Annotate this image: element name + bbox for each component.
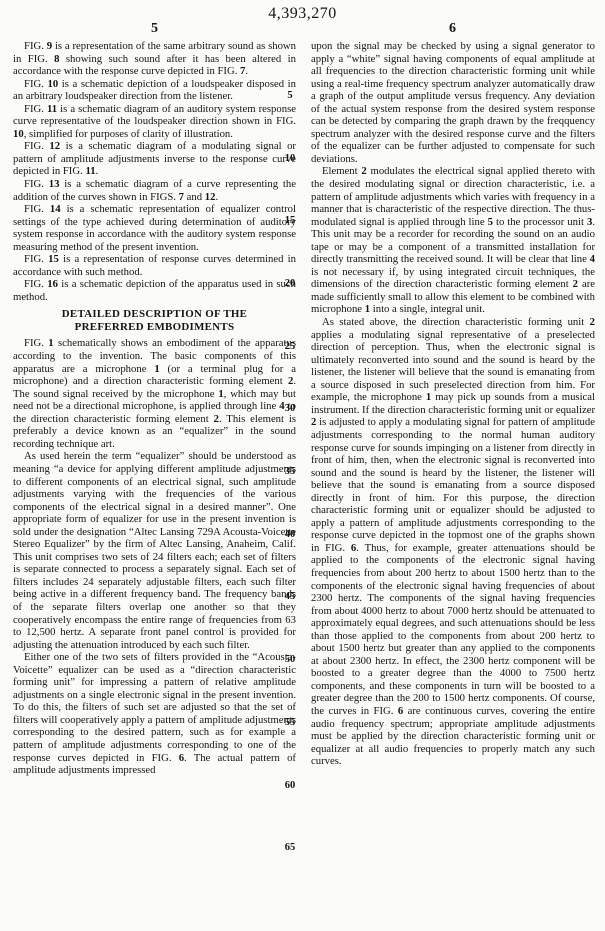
paragraph-element2-modulates: Element 2 modulates the electrical signa… xyxy=(311,165,595,316)
reference-numeral: 6 xyxy=(398,705,403,717)
paragraph-equalizer-definition: As used herein the term “equalizer” shou… xyxy=(13,450,296,651)
reference-numeral: 16 xyxy=(47,278,58,290)
section-heading: DETAILED DESCRIPTION OF THE PREFERRED EM… xyxy=(13,308,296,334)
reference-numeral: 6 xyxy=(351,542,356,554)
reference-numeral: 12 xyxy=(49,140,60,152)
line-number: 20 xyxy=(278,278,302,290)
reference-numeral: 1 xyxy=(154,363,159,375)
paragraph-filter-sets: Either one of the two sets of filters pr… xyxy=(13,651,296,776)
reference-numeral: 13 xyxy=(49,178,60,190)
paragraph-fig9: FIG. 9 is a representation of the same a… xyxy=(13,40,296,78)
reference-numeral: 5 xyxy=(488,216,493,228)
reference-numeral: 8 xyxy=(54,53,59,65)
reference-numeral: 4 xyxy=(590,253,595,265)
line-number: 40 xyxy=(278,529,302,541)
paragraph-fig11: FIG. 11 is a schematic diagram of an aud… xyxy=(13,103,296,141)
reference-numeral: 9 xyxy=(47,40,52,52)
reference-numeral: 1 xyxy=(426,391,431,403)
line-number: 55 xyxy=(278,717,302,729)
line-number: 10 xyxy=(278,153,302,165)
right-text-column: upon the signal may be checked by using … xyxy=(311,40,595,768)
paragraph-fig10: FIG. 10 is a schematic depiction of a lo… xyxy=(13,78,296,103)
reference-numeral: 2 xyxy=(590,316,595,328)
reference-numeral: 6 xyxy=(179,752,184,764)
reference-numeral: 2 xyxy=(214,413,219,425)
line-number: 35 xyxy=(278,466,302,478)
reference-numeral: 2 xyxy=(288,375,293,387)
document-body: { "header": { "patent_number": "4,393,27… xyxy=(0,0,605,931)
reference-numeral: 10 xyxy=(48,78,59,90)
line-number: 45 xyxy=(278,591,302,603)
line-number: 60 xyxy=(278,780,302,792)
paragraph-fig12: FIG. 12 is a schematic diagram of a modu… xyxy=(13,140,296,178)
left-text-column: FIG. 9 is a representation of the same a… xyxy=(13,40,296,777)
line-number: 15 xyxy=(278,215,302,227)
column-page-number-left: 5 xyxy=(13,21,296,37)
line-number: 50 xyxy=(278,654,302,666)
patent-page: 4,393,270 5 6 FIG. 9 is a representation… xyxy=(0,0,605,931)
paragraph-fig16: FIG. 16 is a schematic depiction of the … xyxy=(13,278,296,303)
line-number: 5 xyxy=(278,90,302,102)
paragraph-direction-perception: As stated above, the direction character… xyxy=(311,316,595,768)
line-number: 65 xyxy=(278,842,302,854)
paragraph-fig14: FIG. 14 is a schematic representation of… xyxy=(13,203,296,253)
column-page-number-right: 6 xyxy=(311,21,594,37)
reference-numeral: 3 xyxy=(587,216,592,228)
reference-numeral: 7 xyxy=(240,65,245,77)
reference-numeral: 15 xyxy=(48,253,59,265)
paragraph-fig15: FIG. 15 is a representation of response … xyxy=(13,253,296,278)
line-number: 25 xyxy=(278,341,302,353)
line-number: 30 xyxy=(278,403,302,415)
reference-numeral: 14 xyxy=(50,203,61,215)
reference-numeral: 11 xyxy=(47,103,57,115)
reference-numeral: 1 xyxy=(48,337,53,349)
reference-numeral: 7 xyxy=(179,191,184,203)
reference-numeral: 2 xyxy=(573,278,578,290)
reference-numeral: 10 xyxy=(13,128,24,140)
section-heading-line1: DETAILED DESCRIPTION OF THE xyxy=(62,308,248,320)
paragraph-signal-check: upon the signal may be checked by using … xyxy=(311,40,595,165)
reference-numeral: 12 xyxy=(205,191,216,203)
reference-numeral: 1 xyxy=(218,388,223,400)
paragraph-fig1-apparatus: FIG. 1 schematically shows an embodiment… xyxy=(13,337,296,450)
reference-numeral: 1 xyxy=(365,303,370,315)
paragraph-fig13: FIG. 13 is a schematic diagram of a curv… xyxy=(13,178,296,203)
reference-numeral: 11 xyxy=(85,165,95,177)
section-heading-line2: PREFERRED EMBODIMENTS xyxy=(75,321,235,333)
reference-numeral: 2 xyxy=(361,165,366,177)
reference-numeral: 2 xyxy=(311,416,316,428)
